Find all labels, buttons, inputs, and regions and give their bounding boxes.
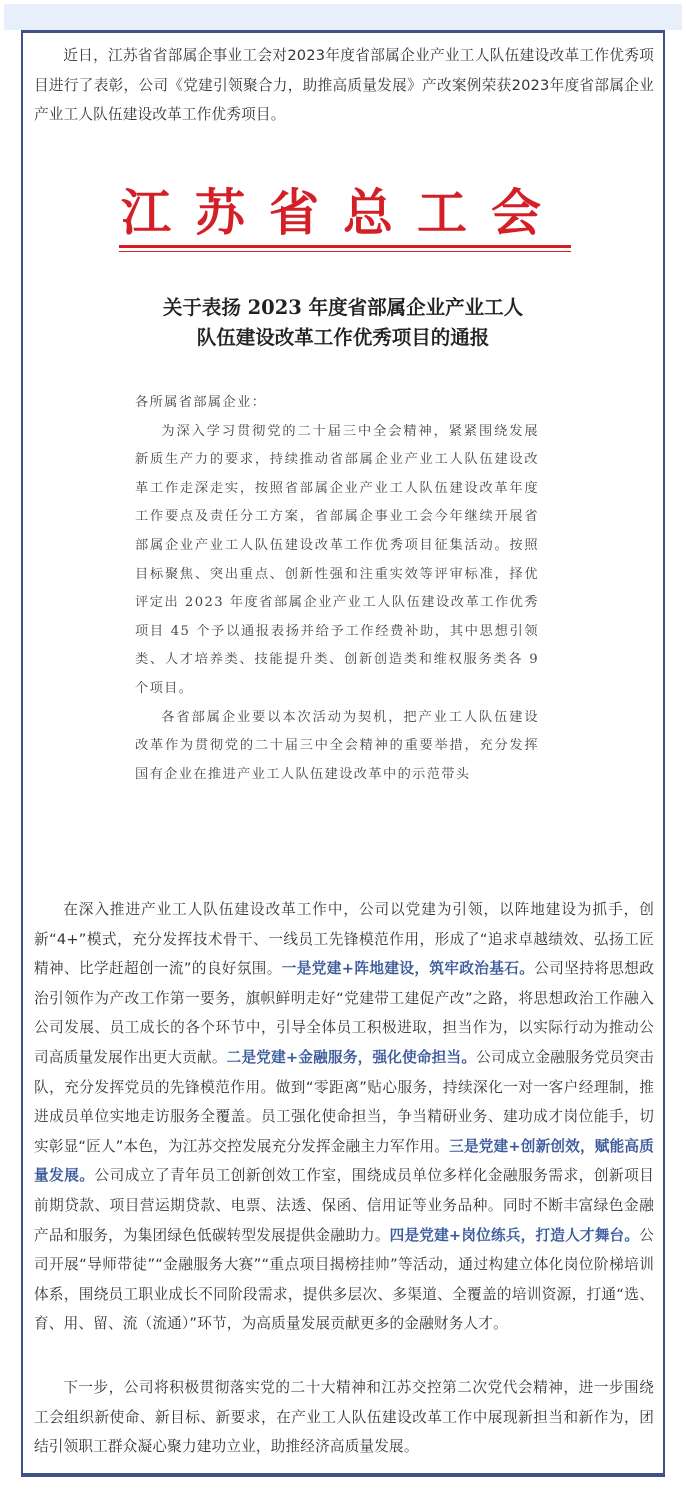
notice-paragraph-2: 各省部属企业要以本次活动为契机，把产业工人队伍建设改革作为贯彻党的二十届三中全会… — [135, 704, 539, 790]
highlight-heading-2: 二是党建+金融服务，强化使命担当。 — [227, 1049, 477, 1066]
article-frame: 近日，江苏省省部属企事业工会对2023年度省部属企业产业工人队伍建设改革工作优秀… — [21, 30, 665, 1477]
body-paragraph-1: 在深入推进产业工人队伍建设改革工作中，公司以党建为引领，以阵地建设为抓手，创新“… — [34, 895, 654, 1339]
letterhead-rule — [119, 245, 571, 248]
notice-title: 关于表扬 2023 年度省部属企业产业工人 队伍建设改革工作优秀项目的通报 — [113, 293, 573, 353]
intro-paragraph: 近日，江苏省省部属企事业工会对2023年度省部属企业产业工人队伍建设改革工作优秀… — [34, 41, 654, 130]
body-paragraph-2: 下一步，公司将积极贯彻落实党的二十大精神和江苏交控第二次党代会精神，进一步围绕工… — [34, 1373, 654, 1462]
notice-paragraph-1: 为深入学习贯彻党的二十届三中全会精神，紧紧围绕发展新质生产力的要求，持续推动省部… — [135, 418, 539, 704]
letterhead: 江苏省总工会 — [113, 173, 573, 245]
highlight-heading-4: 四是党建+岗位练兵，打造人才舞台。 — [390, 1227, 640, 1244]
highlight-heading-1: 一是党建+阵地建设，筑牢政治基石。 — [282, 960, 534, 977]
notice-salutation: 各所属省部属企业： — [135, 389, 539, 418]
notice-title-line1: 关于表扬 2023 年度省部属企业产业工人 — [113, 293, 573, 323]
top-band — [4, 4, 682, 30]
letterhead-rule-thin — [119, 251, 571, 252]
embedded-notice-image: 江苏省总工会 关于表扬 2023 年度省部属企业产业工人 队伍建设改革工作优秀项… — [113, 173, 573, 793]
notice-title-line2: 队伍建设改革工作优秀项目的通报 — [113, 323, 573, 353]
notice-body: 各所属省部属企业： 为深入学习贯彻党的二十届三中全会精神，紧紧围绕发展新质生产力… — [135, 389, 539, 789]
